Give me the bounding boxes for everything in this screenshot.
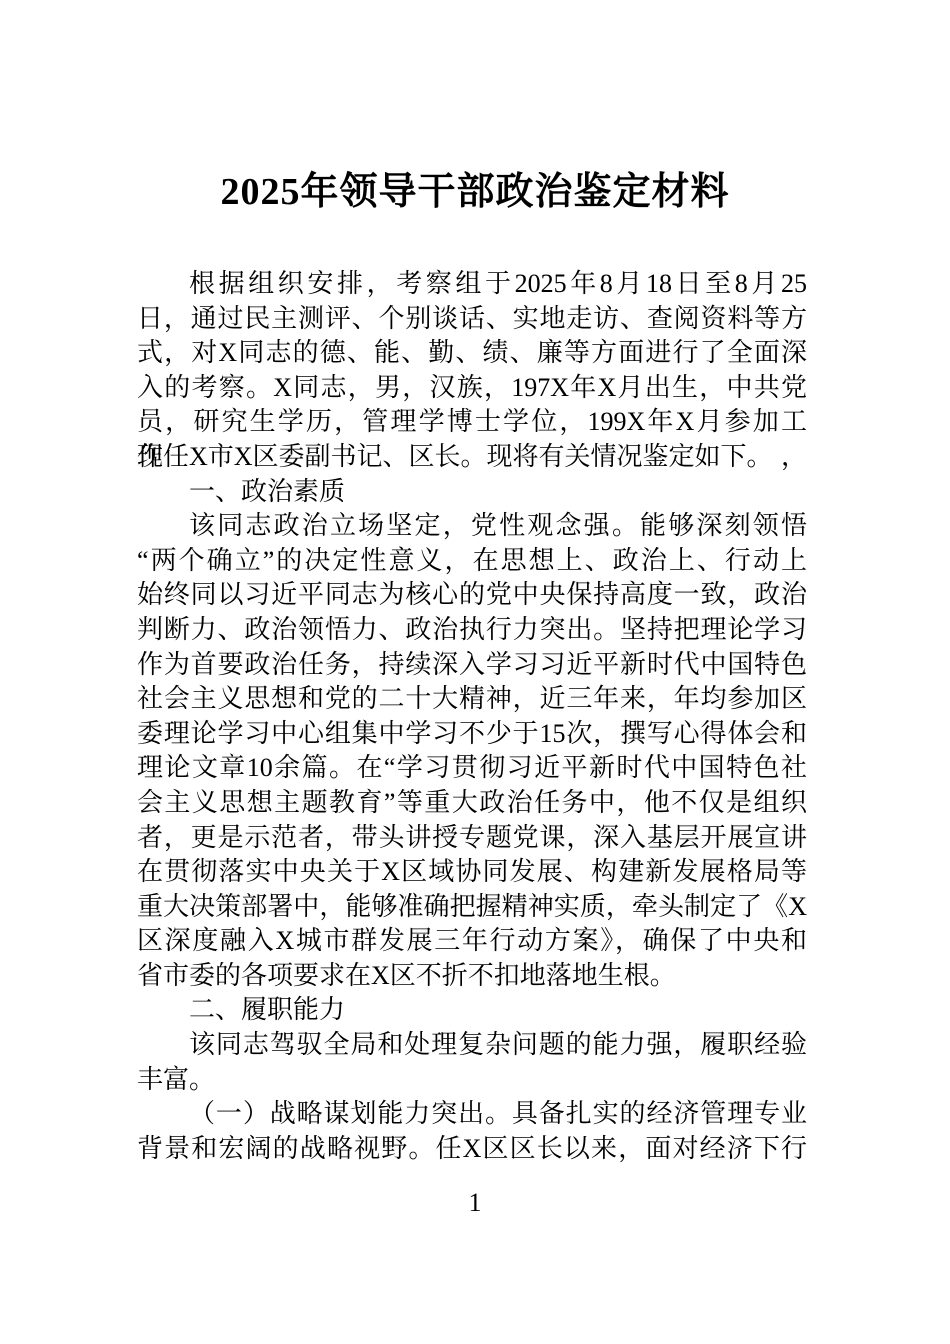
text-line: （一）战略谋划能力突出。具备扎实的经济管理专业 bbox=[137, 1097, 807, 1132]
intro-paragraph: 根据组织安排，考察组于2025年8月18日至8月25日，通过民主测评、个别谈话、… bbox=[137, 267, 807, 475]
text-line: 背景和宏阔的战略视野。任X区区长以来，面对经济下行 bbox=[137, 1132, 807, 1167]
text-line: 理论文章10余篇。在“学习贯彻习近平新时代中国特色社 bbox=[137, 751, 807, 786]
text-line: “两个确立”的决定性意义，在思想上、政治上、行动上 bbox=[137, 544, 807, 579]
text-line: 始终同以习近平同志为核心的党中央保持高度一致，政治 bbox=[137, 578, 807, 613]
text-line: 现任X市X区委副书记、区长。现将有关情况鉴定如下。 bbox=[137, 440, 807, 475]
political-quality-paragraph: 该同志政治立场坚定，党性观念强。能够深刻领悟“两个确立”的决定性意义，在思想上、… bbox=[137, 509, 807, 993]
text-line: 区深度融入X城市群发展三年行动方案》，确保了中央和 bbox=[137, 924, 807, 959]
text-line: 式，对X同志的德、能、勤、绩、廉等方面进行了全面深 bbox=[137, 336, 807, 371]
text-line: 根据组织安排，考察组于2025年8月18日至8月25 bbox=[137, 267, 807, 302]
text-line: 该同志驾驭全局和处理复杂问题的能力强，履职经验 bbox=[137, 1028, 807, 1063]
text-line: 作为首要政治任务，持续深入学习习近平新时代中国特色 bbox=[137, 648, 807, 683]
text-line: 在贯彻落实中央关于X区域协同发展、构建新发展格局等 bbox=[137, 855, 807, 890]
document-body: 根据组织安排，考察组于2025年8月18日至8月25日，通过民主测评、个别谈话、… bbox=[137, 267, 807, 1166]
section-2-heading: 二、履职能力 bbox=[137, 993, 807, 1028]
document-title: 2025年领导干部政治鉴定材料 bbox=[0, 168, 950, 216]
document-page: 2025年领导干部政治鉴定材料 根据组织安排，考察组于2025年8月18日至8月… bbox=[0, 0, 950, 1344]
text-line: 社会主义思想和党的二十大精神，近三年来，年均参加区 bbox=[137, 682, 807, 717]
text-line: 委理论学习中心组集中学习不少于15次，撰写心得体会和 bbox=[137, 717, 807, 752]
page-number: 1 bbox=[0, 1186, 950, 1220]
heading-line: 二、履职能力 bbox=[137, 993, 807, 1028]
duty-ability-paragraph: 该同志驾驭全局和处理复杂问题的能力强，履职经验丰富。 bbox=[137, 1028, 807, 1097]
text-line: 丰富。 bbox=[137, 1063, 807, 1098]
text-line: 判断力、政治领悟力、政治执行力突出。坚持把理论学习 bbox=[137, 613, 807, 648]
text-line: 重大决策部署中，能够准确把握精神实质，牵头制定了《X bbox=[137, 890, 807, 925]
text-line: 会主义思想主题教育”等重大政治任务中，他不仅是组织 bbox=[137, 786, 807, 821]
text-line: 员，研究生学历，管理学博士学位，199X年X月参加工作， bbox=[137, 405, 807, 440]
text-line: 省市委的各项要求在X区不折不扣地落地生根。 bbox=[137, 959, 807, 994]
text-line: 者，更是示范者，带头讲授专题党课，深入基层开展宣讲 bbox=[137, 821, 807, 856]
section-1-heading: 一、政治素质 bbox=[137, 475, 807, 510]
heading-line: 一、政治素质 bbox=[137, 475, 807, 510]
text-line: 入的考察。X同志，男，汉族，197X年X月出生，中共党 bbox=[137, 371, 807, 406]
text-line: 日，通过民主测评、个别谈话、实地走访、查阅资料等方 bbox=[137, 302, 807, 337]
strategic-planning-paragraph: （一）战略谋划能力突出。具备扎实的经济管理专业背景和宏阔的战略视野。任X区区长以… bbox=[137, 1097, 807, 1166]
text-line: 该同志政治立场坚定，党性观念强。能够深刻领悟 bbox=[137, 509, 807, 544]
